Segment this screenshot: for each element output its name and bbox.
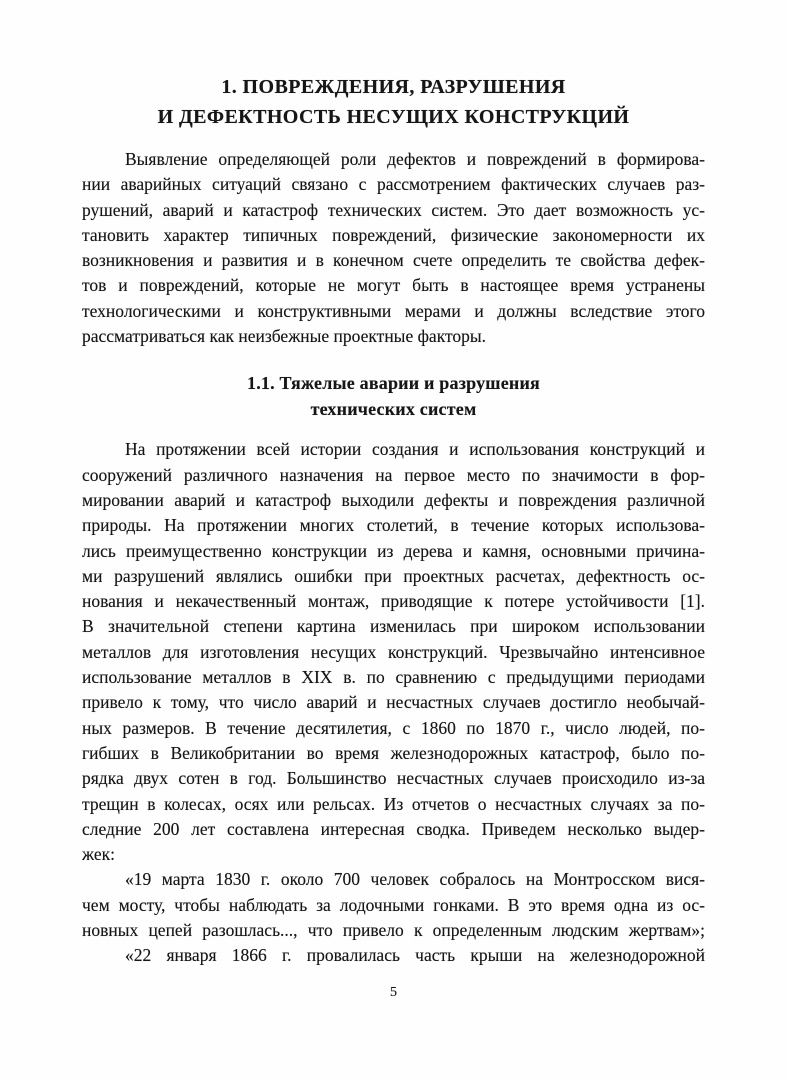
text-line: гибших в Великобритании во время железно… [82, 741, 705, 766]
text-line: жек: [82, 842, 705, 867]
paragraph: На протяжении всей истории создания и ис… [82, 437, 705, 867]
paragraph: Выявление определяющей роли дефектов и п… [82, 147, 705, 349]
chapter-title-line1: 1. ПОВРЕЖДЕНИЯ, РАЗРУШЕНИЯ [82, 72, 705, 102]
text-line: использование металлов в XIX в. по сравн… [82, 665, 705, 690]
section-title-line1: 1.1. Тяжелые аварии и разрушения [82, 370, 705, 396]
text-line: рассматриваться как неизбежные проектные… [82, 324, 705, 349]
text-line: «19 марта 1830 г. около 700 человек собр… [82, 867, 705, 892]
text-line: тов и повреждений, которые не могут быть… [82, 273, 705, 298]
text-line: ми разрушений являлись ошибки при проект… [82, 564, 705, 589]
document-page: 1. ПОВРЕЖДЕНИЯ, РАЗРУШЕНИЯ И ДЕФЕКТНОСТЬ… [0, 0, 787, 1080]
page-number: 5 [0, 985, 787, 1001]
section-paragraphs: На протяжении всей истории создания и ис… [82, 437, 705, 968]
text-line: ных размеров. В течение десятилетия, с 1… [82, 716, 705, 741]
paragraph: «19 марта 1830 г. около 700 человек собр… [82, 867, 705, 943]
text-line: рушений, аварий и катастроф технических … [82, 198, 705, 223]
chapter-title-line2: И ДЕФЕКТНОСТЬ НЕСУЩИХ КОНСТРУКЦИЙ [82, 102, 705, 132]
text-line: рядка двух сотен в год. Большинство несч… [82, 766, 705, 791]
text-line: нии аварийных ситуаций связано с рассмот… [82, 172, 705, 197]
text-line: чем мосту, чтобы наблюдать за лодочными … [82, 893, 705, 918]
text-line: мировании аварий и катастроф выходили де… [82, 488, 705, 513]
text-line: технологическими и конструктивными мерам… [82, 299, 705, 324]
text-line: металлов для изготовления несущих констр… [82, 640, 705, 665]
paragraph: «22 января 1866 г. провалилась часть кры… [82, 943, 705, 968]
text-line: лись преимущественно конструкции из дере… [82, 539, 705, 564]
section-title: 1.1. Тяжелые аварии и разрушения техниче… [82, 370, 705, 422]
text-line: привело к тому, что число аварий и несча… [82, 690, 705, 715]
text-line: На протяжении всей истории создания и ис… [82, 437, 705, 462]
text-line: Выявление определяющей роли дефектов и п… [82, 147, 705, 172]
intro-paragraphs: Выявление определяющей роли дефектов и п… [82, 147, 705, 349]
text-line: В значительной степени картина изменилас… [82, 614, 705, 639]
text-line: тановить характер типичных повреждений, … [82, 223, 705, 248]
text-line: природы. На протяжении многих столетий, … [82, 513, 705, 538]
text-line: сооружений различного назначения на перв… [82, 463, 705, 488]
text-line: «22 января 1866 г. провалилась часть кры… [82, 943, 705, 968]
section-title-line2: технических систем [82, 396, 705, 422]
text-line: возникновения и развития и в конечном сч… [82, 248, 705, 273]
text-line: новных цепей разошлась..., что привело к… [82, 918, 705, 943]
text-line: трещин в колесах, осях или рельсах. Из о… [82, 792, 705, 817]
chapter-title: 1. ПОВРЕЖДЕНИЯ, РАЗРУШЕНИЯ И ДЕФЕКТНОСТЬ… [82, 72, 705, 132]
text-column: 1. ПОВРЕЖДЕНИЯ, РАЗРУШЕНИЯ И ДЕФЕКТНОСТЬ… [82, 0, 705, 969]
text-line: следние 200 лет составлена интересная св… [82, 817, 705, 842]
text-line: нования и некачественный монтаж, приводя… [82, 589, 705, 614]
